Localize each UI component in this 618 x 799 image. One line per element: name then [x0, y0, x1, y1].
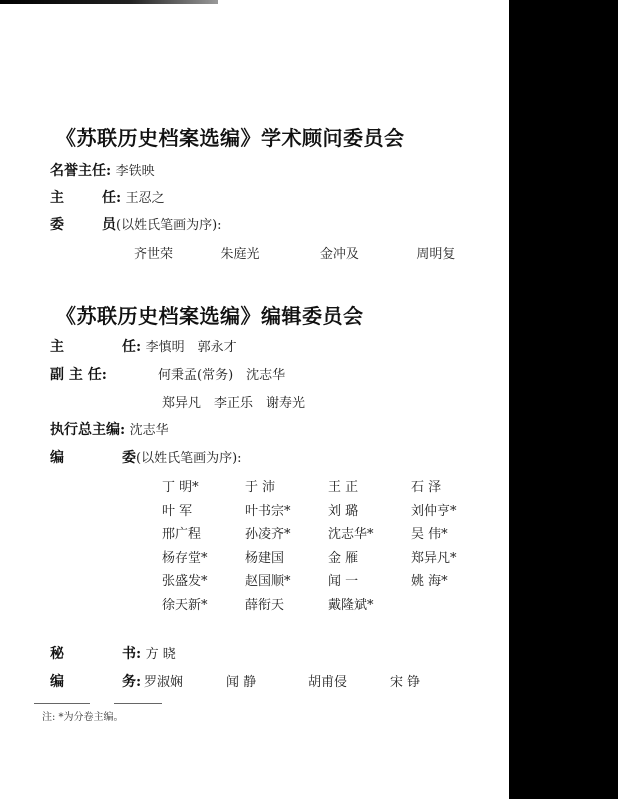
- secretary-row: 秘书: 方 晓: [50, 643, 176, 663]
- editors-grid-row: 叶 军叶书宗*刘 璐刘仲亨*: [162, 500, 494, 524]
- editor-name: 吴 伟*: [411, 523, 494, 542]
- editorial-affairs-label-a: 编: [50, 671, 122, 691]
- advisory-member: 朱庭光: [220, 243, 315, 262]
- editorial-chair-label-a: 主: [50, 336, 122, 356]
- editor-name: 沈志华*: [328, 523, 411, 542]
- advisory-members-label-b: 员: [102, 214, 116, 234]
- secretary-label-b: 书:: [122, 643, 141, 663]
- editor-name: 杨存堂*: [162, 547, 245, 566]
- editors-grid-row: 徐天新*薛衔天戴隆斌*: [162, 594, 494, 618]
- advisory-members-note: (以姓氏笔画为序):: [116, 218, 222, 233]
- scan-dark-edge: [509, 0, 618, 799]
- vice-chair-line2: 郑异凡 李正乐 谢寿光: [162, 396, 305, 411]
- editors-row: 编委(以姓氏笔画为序):: [50, 447, 242, 467]
- advisory-member: 齐世荣: [134, 243, 216, 262]
- executive-editor-label: 执行总主编:: [50, 419, 125, 439]
- advisory-member: 周明复: [416, 243, 455, 262]
- editor-name: 张盛发*: [162, 570, 245, 589]
- editor-name: 刘 璐: [328, 500, 411, 519]
- editor-name: 薛衔天: [245, 594, 328, 613]
- editor-name: 孙凌齐*: [245, 523, 328, 542]
- editor-name: 徐天新*: [162, 594, 245, 613]
- vice-chair-line1: 何秉孟(常务) 沈志华: [158, 368, 285, 383]
- advisory-chair-label-a: 主: [50, 187, 102, 207]
- editor-name: 王 正: [328, 476, 411, 495]
- editorial-affairs-name: 罗淑娴: [144, 671, 226, 690]
- advisory-chair-row: 主任: 王忍之: [50, 187, 165, 207]
- editor-name: 赵国顺*: [245, 570, 328, 589]
- footnote-rule: [34, 703, 90, 704]
- advisory-committee-title: 《苏联历史档案选编》学术顾问委员会: [56, 122, 405, 151]
- editor-name: 邢广程: [162, 523, 245, 542]
- editors-label-b: 委: [122, 447, 136, 467]
- advisory-members-row: 委员(以姓氏笔画为序):: [50, 214, 222, 234]
- editor-name: 戴隆斌*: [328, 594, 411, 613]
- editor-name: 叶书宗*: [245, 500, 328, 519]
- footnote: 注: *为分卷主编。: [42, 708, 124, 723]
- advisory-members-list: 齐世荣 朱庭光 金冲及 周明复: [134, 243, 455, 262]
- editor-name: 刘仲亨*: [411, 500, 494, 519]
- editors-grid-row: 张盛发*赵国顺*闻 一姚 海*: [162, 570, 494, 594]
- editorial-chair-names: 李慎明 郭永才: [146, 340, 237, 355]
- editors-note: (以姓氏笔画为序):: [136, 451, 242, 466]
- editor-name: 于 沛: [245, 476, 328, 495]
- editor-name: 杨建国: [245, 547, 328, 566]
- advisory-member: 金冲及: [320, 243, 412, 262]
- editor-name: 石 泽: [411, 476, 494, 495]
- editors-label-a: 编: [50, 447, 122, 467]
- editor-name: 金 雁: [328, 547, 411, 566]
- editorial-affairs-name: 宋 铮: [390, 671, 420, 690]
- advisory-chair-label-b: 任:: [102, 187, 121, 207]
- editors-grid: 丁 明*于 沛王 正石 泽 叶 军叶书宗*刘 璐刘仲亨* 邢广程孙凌齐*沈志华*…: [162, 476, 494, 617]
- honorary-chair-names: 李铁映: [116, 164, 155, 179]
- advisory-chair-names: 王忍之: [126, 191, 165, 206]
- vice-chair-label: 副 主 任:: [50, 364, 158, 384]
- editorial-affairs-row: 编务:罗淑娴闻 静胡甫侵宋 铮: [50, 671, 420, 691]
- vice-chair-row-2: 郑异凡 李正乐 谢寿光: [162, 392, 305, 411]
- editor-name: 闻 一: [328, 570, 411, 589]
- editorial-committee-title: 《苏联历史档案选编》编辑委员会: [56, 300, 364, 329]
- honorary-chair-row: 名誉主任: 李铁映: [50, 160, 155, 180]
- editor-name: 丁 明*: [162, 476, 245, 495]
- editor-name: 姚 海*: [411, 570, 494, 589]
- document-page: 《苏联历史档案选编》学术顾问委员会 名誉主任: 李铁映 主任: 王忍之 委员(以…: [0, 0, 509, 799]
- editors-grid-row: 丁 明*于 沛王 正石 泽: [162, 476, 494, 500]
- executive-editor-names: 沈志华: [130, 423, 169, 438]
- secretary-names: 方 晓: [146, 647, 176, 662]
- editorial-chair-label-b: 任:: [122, 336, 141, 356]
- editorial-affairs-label-b: 务:: [122, 671, 144, 691]
- editorial-affairs-name: 胡甫侵: [308, 671, 390, 690]
- executive-editor-row: 执行总主编: 沈志华: [50, 419, 169, 439]
- advisory-members-label-a: 委: [50, 214, 102, 234]
- editors-grid-row: 杨存堂*杨建国金 雁郑异凡*: [162, 547, 494, 571]
- editorial-affairs-name: 闻 静: [226, 671, 308, 690]
- honorary-chair-label: 名誉主任:: [50, 160, 111, 180]
- editor-name: 郑异凡*: [411, 547, 494, 566]
- vice-chair-row: 副 主 任:何秉孟(常务) 沈志华: [50, 364, 285, 384]
- editors-grid-row: 邢广程孙凌齐*沈志华*吴 伟*: [162, 523, 494, 547]
- secretary-label-a: 秘: [50, 643, 122, 663]
- footnote-rule: [114, 703, 162, 704]
- editorial-chair-row: 主任: 李慎明 郭永才: [50, 336, 237, 356]
- editor-name: 叶 军: [162, 500, 245, 519]
